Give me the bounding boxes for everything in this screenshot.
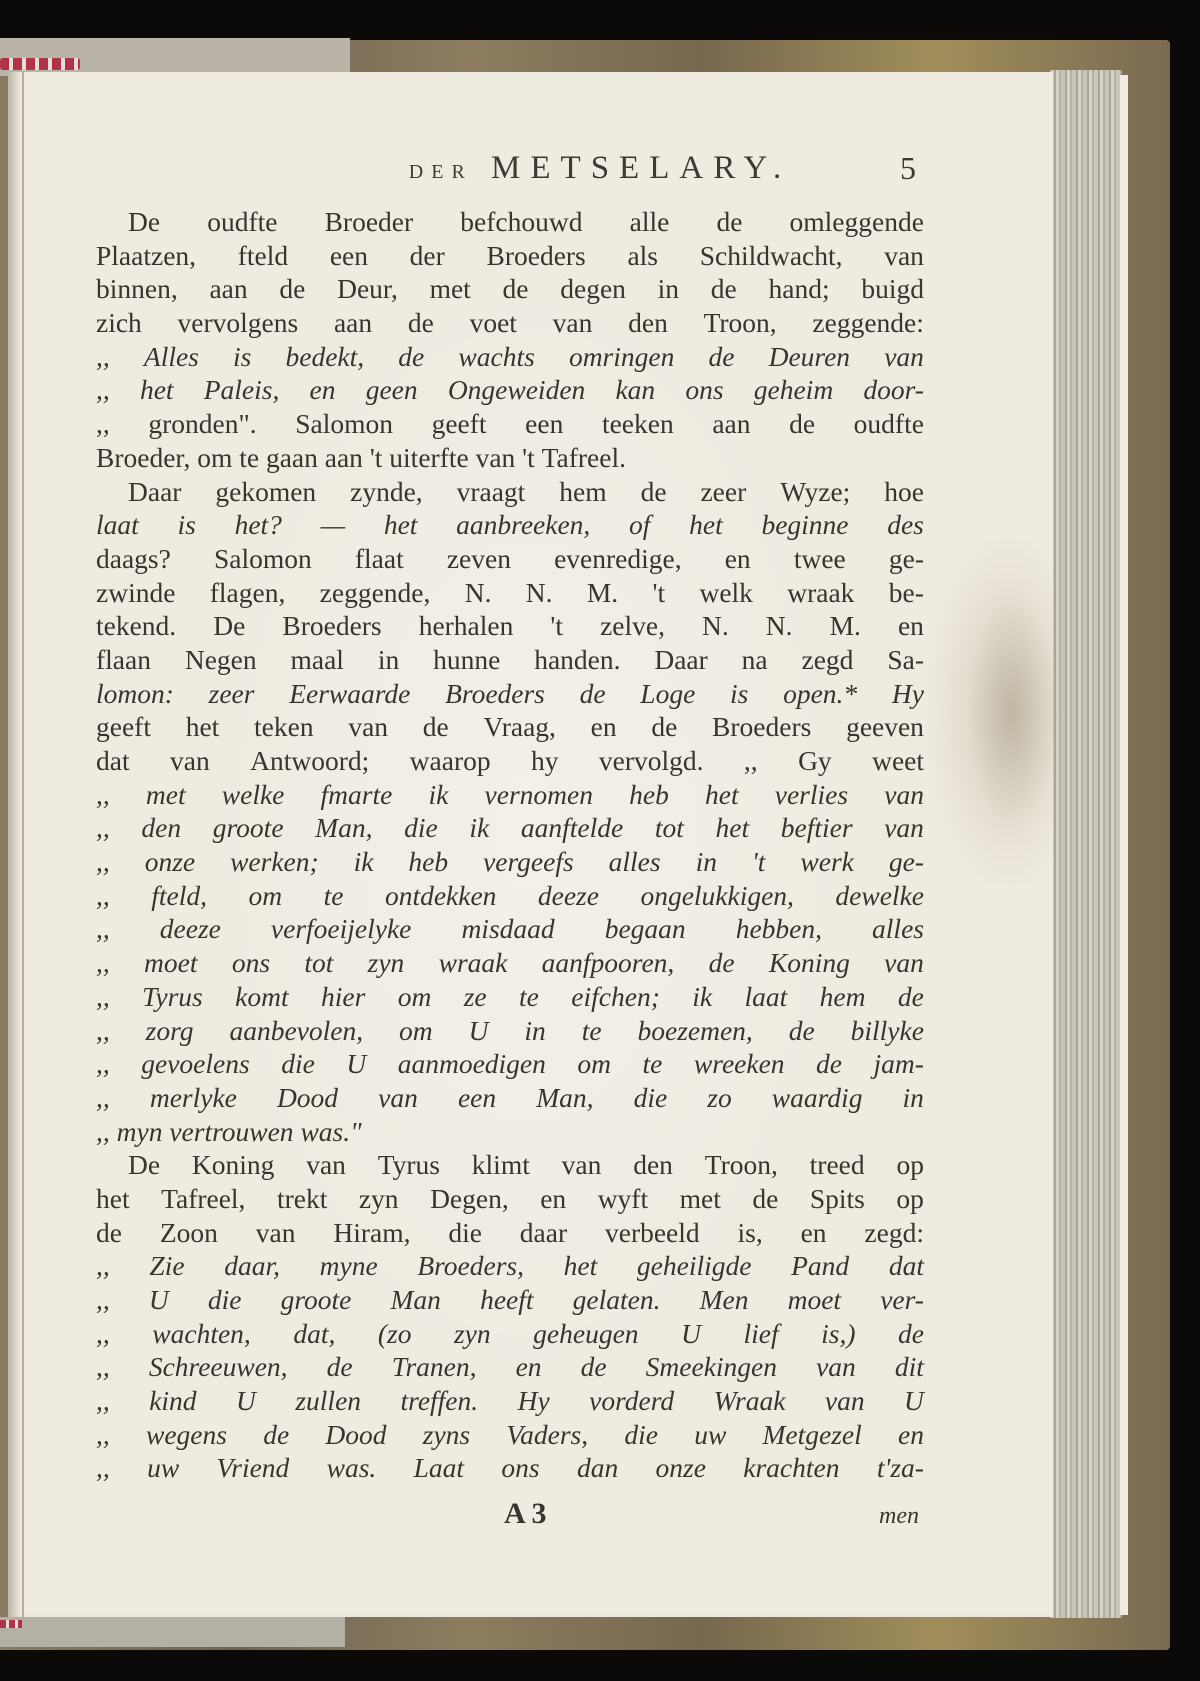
word: herhalen (419, 609, 514, 643)
word: U (236, 1384, 256, 1418)
word: gekomen (215, 475, 316, 509)
word: Vriend (217, 1451, 290, 1485)
text-line: ,,onzewerken;ikhebvergeefsallesin'twerkg… (96, 845, 924, 879)
word: zeggende: (812, 306, 923, 340)
word: flaat (355, 542, 404, 576)
word: fmarte (321, 778, 393, 812)
word: gronden". (148, 407, 256, 441)
word: is, (738, 1216, 763, 1250)
word: ongelukkigen, (640, 879, 793, 913)
word: lomon: (96, 677, 174, 711)
spine-top (0, 38, 350, 76)
word: van (884, 811, 924, 845)
word: om (399, 1014, 433, 1048)
word: Men (700, 1283, 749, 1317)
headband-bottom (0, 1620, 22, 1628)
word: en (898, 1418, 924, 1452)
word: Koning (192, 1148, 275, 1182)
word: beginne (761, 508, 848, 542)
text-line: ,,hetPaleis,engeenOngeweidenkanonsgeheim… (96, 373, 924, 407)
text-line: ,,dengrooteMan,dieikaanfteldetothetbefti… (96, 811, 924, 845)
word: zich (96, 306, 142, 340)
word: Smeekingen (646, 1350, 777, 1384)
word: myn (117, 1115, 170, 1149)
word: (zo (378, 1317, 412, 1351)
text-line: daags?Salomonflaatzevenevenredige,entwee… (96, 542, 924, 576)
word: ,, (96, 980, 110, 1014)
word: uiterfte (389, 441, 475, 475)
word: heeft (480, 1283, 533, 1317)
word: het? (235, 508, 282, 542)
word: een (525, 407, 563, 441)
word: daar (520, 1216, 567, 1250)
word: Broeders (712, 710, 811, 744)
text-line: geefthettekenvandeVraag,endeBroedersgeev… (96, 710, 924, 744)
word: vervolgens (178, 306, 299, 340)
word: hy (531, 744, 559, 778)
word: van (306, 1148, 346, 1182)
word: des (887, 508, 924, 542)
text-line: hetTafreel,trektzynDegen,enwyftmetdeSpit… (96, 1182, 924, 1216)
word: U (469, 1014, 489, 1048)
word: verlies (775, 778, 848, 812)
word: waardig (772, 1081, 863, 1115)
word: Pand (791, 1249, 849, 1283)
word: onze (656, 1451, 706, 1485)
text-line: ,,wachten,dat,(zozyngeheugenUliefis,)de (96, 1317, 924, 1351)
word: die (281, 1047, 315, 1081)
word: de (816, 1047, 842, 1081)
word: is (730, 677, 748, 711)
word: daar, (224, 1249, 280, 1283)
word: is,) (821, 1317, 855, 1351)
word: omringen (569, 340, 674, 374)
word: N. (526, 576, 553, 610)
word: zeggende, (320, 576, 431, 610)
word: om (577, 1047, 611, 1081)
word: den (141, 811, 181, 845)
word: Schreeuwen, (149, 1350, 288, 1384)
word: hoe (884, 475, 924, 509)
word: dan (577, 1451, 618, 1485)
word: verfoeijelyke (271, 912, 411, 946)
word: fteld (238, 239, 288, 273)
word: lief (743, 1317, 778, 1351)
word: teeken (602, 407, 674, 441)
word: hebben, (736, 912, 822, 946)
word: ik (469, 811, 489, 845)
word: van (562, 1148, 602, 1182)
word: Wyze; (780, 475, 850, 509)
word: zegd: (864, 1216, 924, 1250)
word: N. (465, 576, 492, 610)
word: ,, (96, 879, 110, 913)
word: het (689, 508, 723, 542)
word: merlyke (150, 1081, 237, 1115)
word: ,, (96, 1350, 110, 1384)
word: door- (863, 373, 924, 407)
word: Dood (325, 1418, 386, 1452)
word: ,, (96, 912, 110, 946)
word: Broeders (445, 677, 545, 711)
word: Tafreel. (542, 441, 626, 475)
word: ,, (744, 744, 758, 778)
text-line: ,,UdiegrooteManheeftgelaten.Menmoetver- (96, 1283, 924, 1317)
text-line: ,,wegensdeDoodzynsVaders,dieuwMetgezelen (96, 1418, 924, 1452)
running-head: DER METSELARY. (0, 150, 1200, 187)
word: heb (408, 845, 448, 879)
word: ontdekken (385, 879, 496, 913)
word: uw (694, 1418, 726, 1452)
word: U (904, 1384, 924, 1418)
word: zyn (359, 1182, 399, 1216)
word: van (256, 1216, 296, 1250)
word: die (404, 811, 438, 845)
word: Eerwaarde (289, 677, 410, 711)
word: Sa- (887, 643, 924, 677)
word: Ongeweiden (448, 373, 585, 407)
word: groote (213, 811, 284, 845)
word: waarop (410, 744, 491, 778)
word: op (896, 1148, 924, 1182)
word: te (324, 879, 344, 913)
word: moet (144, 946, 197, 980)
word: ,, (96, 373, 110, 407)
word: ,, (96, 811, 110, 845)
word: Dood (277, 1081, 338, 1115)
word: wachten, (152, 1317, 251, 1351)
word: verbeeld (605, 1216, 700, 1250)
word: die (624, 1418, 658, 1452)
word: te (643, 1047, 663, 1081)
word: aan (334, 306, 372, 340)
word: de (789, 1014, 815, 1048)
word: vraagt (457, 475, 526, 509)
word: ,, (96, 407, 110, 441)
word: het (140, 373, 174, 407)
text-line: ,,deezeverfoeijelykemisdaadbegaanhebben,… (96, 912, 924, 946)
word: evenredige, (554, 542, 682, 576)
word: Salomon (214, 542, 312, 576)
word: M. (830, 609, 861, 643)
word: ,, (96, 1249, 110, 1283)
word: Hiram, (333, 1216, 410, 1250)
word: fteld, (151, 879, 207, 913)
word: — (321, 508, 345, 542)
word: ons (232, 946, 270, 980)
word: die (208, 1283, 242, 1317)
word: de (898, 980, 924, 1014)
word: ik (354, 845, 374, 879)
word: aanmoedigen (398, 1047, 546, 1081)
text-line: binnen,aandeDeur,metdedegenindehand;buig… (96, 272, 924, 306)
text-line: Daargekomenzynde,vraagthemdezeerWyze;hoe (96, 475, 924, 509)
word: het (564, 1249, 598, 1283)
text-line: ,,uwVriendwas.Laatonsdanonzekrachtent'za… (96, 1451, 924, 1485)
word: de (709, 340, 735, 374)
word: geeft (432, 407, 487, 441)
word: Tafreel, (161, 1182, 245, 1216)
word: in (378, 643, 399, 677)
word: de (408, 306, 434, 340)
word: ,, (96, 1014, 110, 1048)
word: in (658, 272, 679, 306)
word: boezemen, (637, 1014, 752, 1048)
word: aanftelde (521, 811, 623, 845)
word: en (540, 1182, 566, 1216)
word: 't (550, 609, 563, 643)
word: Antwoord; (250, 744, 369, 778)
text-line: DeKoningvanTyrusklimtvandenTroon,treedop (96, 1148, 924, 1182)
word: degen (560, 272, 626, 306)
word: tot (655, 811, 684, 845)
text-line: ,,Allesisbedekt,dewachtsomringendeDeuren… (96, 340, 924, 374)
text-line: Plaatzen,fteldeenderBroedersalsSchildwac… (96, 239, 924, 273)
word: om (197, 441, 239, 475)
word: Man, (536, 1081, 593, 1115)
spine-bottom (0, 1617, 345, 1647)
word: zyn (454, 1317, 491, 1351)
word: Vraag, (484, 710, 556, 744)
word: zyn (368, 946, 405, 980)
word: de (423, 710, 449, 744)
word: misdaad (461, 912, 554, 946)
word: wraak (439, 946, 508, 980)
word: onze (145, 845, 195, 879)
word: open.* (783, 677, 857, 711)
word: U (346, 1047, 366, 1081)
word: den (633, 1148, 673, 1182)
page-edges (1050, 70, 1122, 1618)
word: geeven (846, 710, 924, 744)
text-line: flaanNegenmaalinhunnehanden.DaarnazegdSa… (96, 643, 924, 677)
word: hunne (433, 643, 500, 677)
text-line: ,, myn vertrouwen was." (96, 1115, 924, 1149)
word: geen (366, 373, 418, 407)
word: de (96, 1216, 122, 1250)
word: twee (794, 542, 846, 576)
running-head-prefix: DER (409, 161, 473, 183)
word: Zoon (160, 1216, 218, 1250)
word: daags? (96, 542, 171, 576)
word: groote (281, 1283, 352, 1317)
word: Man, (315, 811, 372, 845)
word: werken; (230, 845, 319, 879)
word: het (384, 508, 418, 542)
word: de (641, 475, 667, 509)
text-line: ,,gevoelensdieUaanmoedigenomtewreekendej… (96, 1047, 924, 1081)
word: De (128, 205, 160, 239)
word: Laat (414, 1451, 464, 1485)
word: zegd (802, 643, 854, 677)
word: in (524, 1014, 545, 1048)
word: zwinde (96, 576, 175, 610)
text-line: ,,gronden".Salomongeefteenteekenaandeoud… (96, 407, 924, 441)
word: het (705, 778, 739, 812)
word: geheugen (533, 1317, 638, 1351)
word: ,, (96, 340, 110, 374)
word: ik (692, 980, 712, 1014)
word: of (629, 508, 650, 542)
word: van (476, 441, 523, 475)
word: vertrouwen (169, 1115, 300, 1149)
word: krachten (743, 1451, 839, 1485)
word: de (752, 1182, 778, 1216)
word: ,, (96, 1317, 110, 1351)
word: deeze (160, 912, 221, 946)
word: zyns (423, 1418, 470, 1452)
word: een (330, 239, 368, 273)
text-line: ,,Schreeuwen,deTranen,endeSmeekingenvand… (96, 1350, 924, 1384)
word: gelaten. (573, 1283, 661, 1317)
word: en (801, 1216, 827, 1250)
word: Degen, (430, 1182, 509, 1216)
word: Vaders, (506, 1418, 588, 1452)
word: geeft (96, 710, 151, 744)
word: en (898, 609, 924, 643)
word: Man (391, 1283, 441, 1317)
word: begaan (605, 912, 686, 946)
word: maal (291, 643, 344, 677)
word: Gy (798, 744, 832, 778)
text-line: ,,fteld,omteontdekkendeezeongelukkigen,d… (96, 879, 924, 913)
word: om (248, 879, 282, 913)
word: den (628, 306, 668, 340)
word: vergeefs (483, 845, 574, 879)
text-line: deZoonvanHiram,diedaarverbeeldis,enzegd: (96, 1216, 924, 1250)
word: Troon, (705, 1148, 778, 1182)
word: Hy (892, 677, 924, 711)
word: U (149, 1283, 169, 1317)
word: wyft (598, 1182, 648, 1216)
word: de (580, 677, 606, 711)
word: Broeder (325, 205, 414, 239)
word: zeer (700, 475, 746, 509)
page-number: 5 (900, 150, 916, 187)
word: welk (699, 576, 752, 610)
word: is (178, 508, 196, 542)
word: Hy (518, 1384, 550, 1418)
word: alles (872, 912, 924, 946)
word: en (310, 373, 336, 407)
word: ,, (96, 1081, 110, 1115)
word: Zie (149, 1249, 184, 1283)
word: de (711, 272, 737, 306)
text-line: tekend.DeBroedersherhalen'tzelve,N.N.M.e… (96, 609, 924, 643)
word: Tyrus (142, 980, 203, 1014)
word: kan (615, 373, 655, 407)
word: ,, (96, 1451, 110, 1485)
word: vorderd (589, 1384, 674, 1418)
word: klimt (472, 1148, 530, 1182)
signature-mark: A 3 (504, 1497, 547, 1531)
word: wachts (458, 340, 534, 374)
word: ,, (96, 1115, 117, 1149)
word: te (239, 441, 266, 475)
word: die (634, 1081, 668, 1115)
word: befchouwd (460, 205, 582, 239)
word: der (410, 239, 445, 273)
word: De (213, 609, 245, 643)
text-line: DeoudfteBroederbefchouwdalledeomleggende (96, 205, 924, 239)
word: Wraak (714, 1384, 786, 1418)
word: Metgezel (763, 1418, 862, 1452)
word: wegens (146, 1418, 227, 1452)
word: myne (320, 1249, 378, 1283)
word: hand; (768, 272, 829, 306)
word: om (398, 980, 432, 1014)
word: de (398, 340, 424, 374)
word: treed (810, 1148, 865, 1182)
word: met (680, 1182, 721, 1216)
text-line: ,,metwelkefmarteikvernomenhebhetverliesv… (96, 778, 924, 812)
word: aanbreeken, (456, 508, 590, 542)
word: de (279, 272, 305, 306)
word: ,, (96, 1283, 110, 1317)
word: bedekt, (286, 340, 365, 374)
word: Spits (810, 1182, 865, 1216)
word: welke (222, 778, 285, 812)
word: handen. (534, 643, 620, 677)
word: in (903, 1081, 924, 1115)
headband (0, 58, 80, 70)
word: ons (685, 373, 723, 407)
word: met (430, 272, 471, 306)
word: zeer (209, 677, 255, 711)
text-line: lomon:zeerEerwaardeBroedersdeLogeisopen.… (96, 677, 924, 711)
word: oudfte (854, 407, 924, 441)
word: 't (522, 441, 541, 475)
word: voet (470, 306, 517, 340)
word: flagen, (210, 576, 286, 610)
word: van (378, 1081, 418, 1115)
word: de (709, 946, 735, 980)
word: jam- (874, 1047, 924, 1081)
word: aanfpooren, (542, 946, 675, 980)
text-line: ,,moetonstotzynwraakaanfpooren,deKoningv… (96, 946, 924, 980)
word: Loge (640, 677, 695, 711)
word: ge- (889, 542, 924, 576)
word: billyke (851, 1014, 924, 1048)
word: te (519, 980, 539, 1014)
word: Broeders, (417, 1249, 524, 1283)
word: tekend. (96, 609, 176, 643)
word: vernomen (485, 778, 593, 812)
text-line: zichvervolgensaandevoetvandenTroon,zegge… (96, 306, 924, 340)
word: ,, (96, 845, 110, 879)
word: tot (304, 946, 333, 980)
word: de (651, 710, 677, 744)
word: van (170, 744, 210, 778)
word: ,, (96, 778, 110, 812)
word: was." (300, 1115, 361, 1149)
page-edge-highlight (1120, 75, 1128, 1615)
word: oudfte (207, 205, 277, 239)
word: van (884, 340, 924, 374)
text-line: ,,merlykeDoodvaneenMan,diezowaardigin (96, 1081, 924, 1115)
word: de (327, 1350, 353, 1384)
paper-stain (968, 592, 1058, 832)
word: zeven (447, 542, 511, 576)
word: een (458, 1081, 496, 1115)
word: hem (820, 980, 866, 1014)
word: moet (788, 1283, 841, 1317)
word: de (581, 1350, 607, 1384)
text-line: zwindeflagen,zeggende,N.N.M.'twelkwraakb… (96, 576, 924, 610)
word: ,, (96, 946, 110, 980)
word: komt (235, 980, 288, 1014)
word: aan (325, 441, 370, 475)
